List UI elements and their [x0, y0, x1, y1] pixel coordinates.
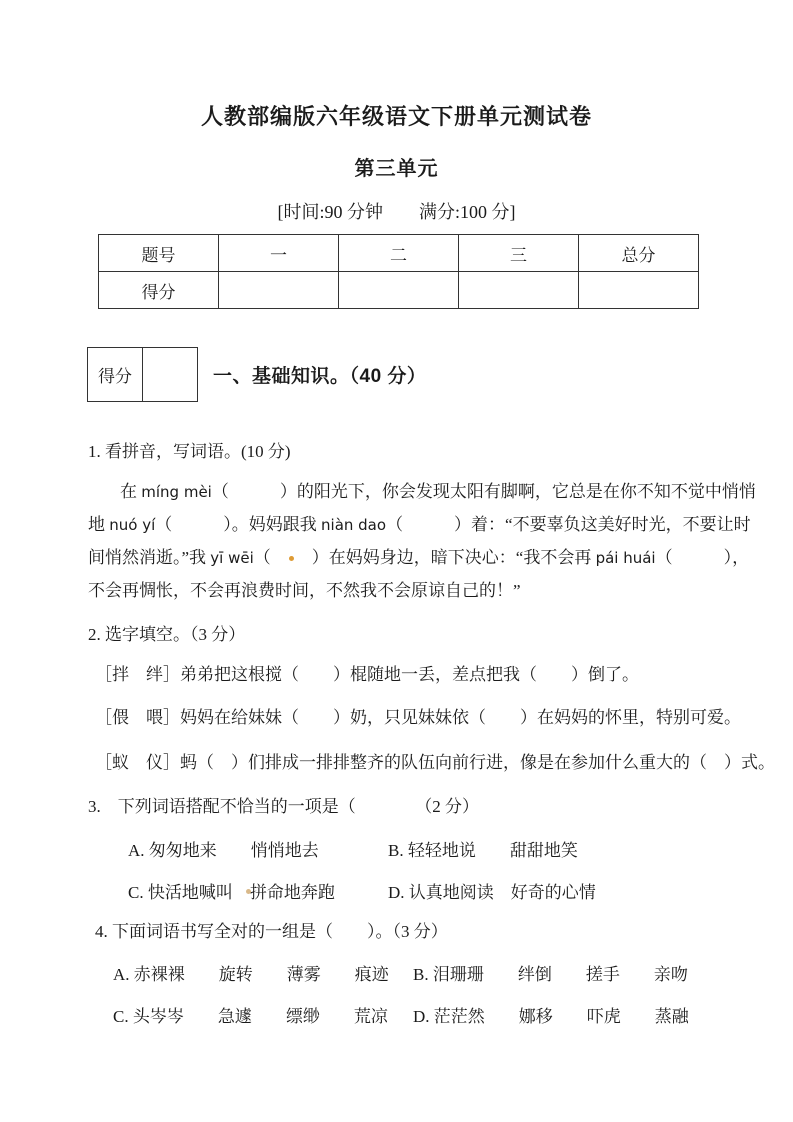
score-box-empty-cell — [143, 348, 198, 402]
exam-time-score-meta: [时间:90 分钟 满分:100 分] — [0, 198, 793, 224]
score-box-label: 得分 — [88, 348, 143, 402]
q4-option-a: A. 赤裸裸 旋转 薄雾 痕迹 — [113, 960, 389, 985]
question-1-title: 1. 看拼音，写词语。(10 分) — [88, 437, 291, 462]
q4-option-d: D. 茫茫然 娜移 吓虎 蒸融 — [413, 1002, 689, 1027]
score-summary-table: 题号 一 二 三 总分 得分 — [98, 234, 699, 309]
section-score-box: 得分 — [87, 347, 198, 402]
q1-l3-text: （ — [254, 548, 288, 567]
q1-l2-text: （ ）。妈妈跟我 — [155, 515, 321, 534]
q2-item-ban: ［拌 绊］弟弟把这根搅（ ）棍随地一丢，差点把我（ ）倒了。 — [95, 660, 639, 685]
q4-option-c: C. 头岑岑 急遽 缥缈 荒凉 — [113, 1002, 388, 1027]
score-cell-empty — [459, 272, 579, 309]
q1-pinyin-nuoyi: nuó yí — [109, 516, 155, 534]
question-2-title: 2. 选字填空。（3 分） — [88, 620, 245, 645]
q1-paragraph-line-4: 不会再惆怅，不会再浪费时间，不然我不会原谅自己的！” — [88, 576, 521, 601]
q1-l1-text: 在 — [120, 482, 141, 501]
header-cell-two: 二 — [339, 235, 459, 272]
q1-l4-text: 不会再惆怅，不会再浪费时间，不然我不会原谅自己的！” — [88, 581, 521, 600]
q1-paragraph-line-3: 间悄然消逝。”我 yī wēi（ ）在妈妈身边，暗下决心：“我不会再 pái h… — [88, 543, 749, 568]
q1-l1-text: （ ）的阳光下，你会发现太阳有脚啊，它总是在你不知不觉中悄悄 — [212, 482, 756, 501]
score-table-score-row: 得分 — [99, 272, 699, 309]
score-cell-empty — [579, 272, 699, 309]
q3-option-b: B. 轻轻地说 甜甜地笑 — [388, 836, 578, 861]
q4-option-b: B. 泪珊珊 绊倒 搓手 亲吻 — [413, 960, 688, 985]
header-cell-three: 三 — [459, 235, 579, 272]
question-4-title: 4. 下面词语书写全对的一组是（ ）。（3 分） — [95, 917, 448, 942]
q1-pinyin-yiwei: yī wēi — [210, 549, 253, 567]
header-cell-question-number: 题号 — [99, 235, 219, 272]
q1-paragraph-line-2: 地 nuó yí（ ）。妈妈跟我 niàn dao（ ）着：“不要辜负这美好时光… — [88, 510, 751, 535]
q1-l2-text: 地 — [88, 515, 109, 534]
score-table-header-row: 题号 一 二 三 总分 — [99, 235, 699, 272]
q1-l3-text: 间悄然消逝。”我 — [88, 548, 210, 567]
header-cell-one: 一 — [219, 235, 339, 272]
q1-paragraph-line-1: 在 míng mèi（ ）的阳光下，你会发现太阳有脚啊，它总是在你不知不觉中悄悄 — [120, 477, 756, 502]
q1-pinyin-mingmei: míng mèi — [141, 483, 212, 501]
q1-pinyin-paihuai: pái huái — [596, 549, 656, 567]
score-row-label: 得分 — [99, 272, 219, 309]
score-cell-empty — [219, 272, 339, 309]
q2-item-yi: ［蚁 仪］蚂（ ）们排成一排排整齐的队伍向前行进，像是在参加什么重大的（ ）式。 — [95, 748, 775, 773]
page-title: 人教部编版六年级语文下册单元测试卷 — [0, 100, 793, 131]
stray-ink-dot — [246, 889, 251, 894]
score-cell-empty — [339, 272, 459, 309]
unit-subtitle: 第三单元 — [0, 152, 793, 181]
q1-pinyin-niandao: niàn dao — [321, 516, 386, 534]
header-cell-total: 总分 — [579, 235, 699, 272]
q1-l3-text: （ ）， — [656, 548, 750, 567]
q3-option-d: D. 认真地阅读 好奇的心情 — [388, 878, 596, 903]
exam-page: 人教部编版六年级语文下册单元测试卷 第三单元 [时间:90 分钟 满分:100 … — [0, 0, 793, 1122]
stray-ink-dot — [289, 556, 294, 561]
q1-l3-text: ）在妈妈身边，暗下决心：“我不会再 — [295, 548, 596, 567]
section-1-heading: 一、基础知识。（40 分） — [213, 361, 426, 388]
question-3-title: 3. 下列词语搭配不恰当的一项是（ （2 分） — [88, 792, 479, 817]
q2-item-wei: ［偎 喂］妈妈在给妹妹（ ）奶，只见妹妹依（ ）在妈妈的怀里，特别可爱。 — [95, 703, 741, 728]
q3-option-c: C. 快活地喊叫 拼命地奔跑 — [128, 878, 335, 903]
q1-l2-text: （ ）着：“不要辜负这美好时光，不要让时 — [386, 515, 751, 534]
q3-option-a: A. 匆匆地来 悄悄地去 — [128, 836, 319, 861]
